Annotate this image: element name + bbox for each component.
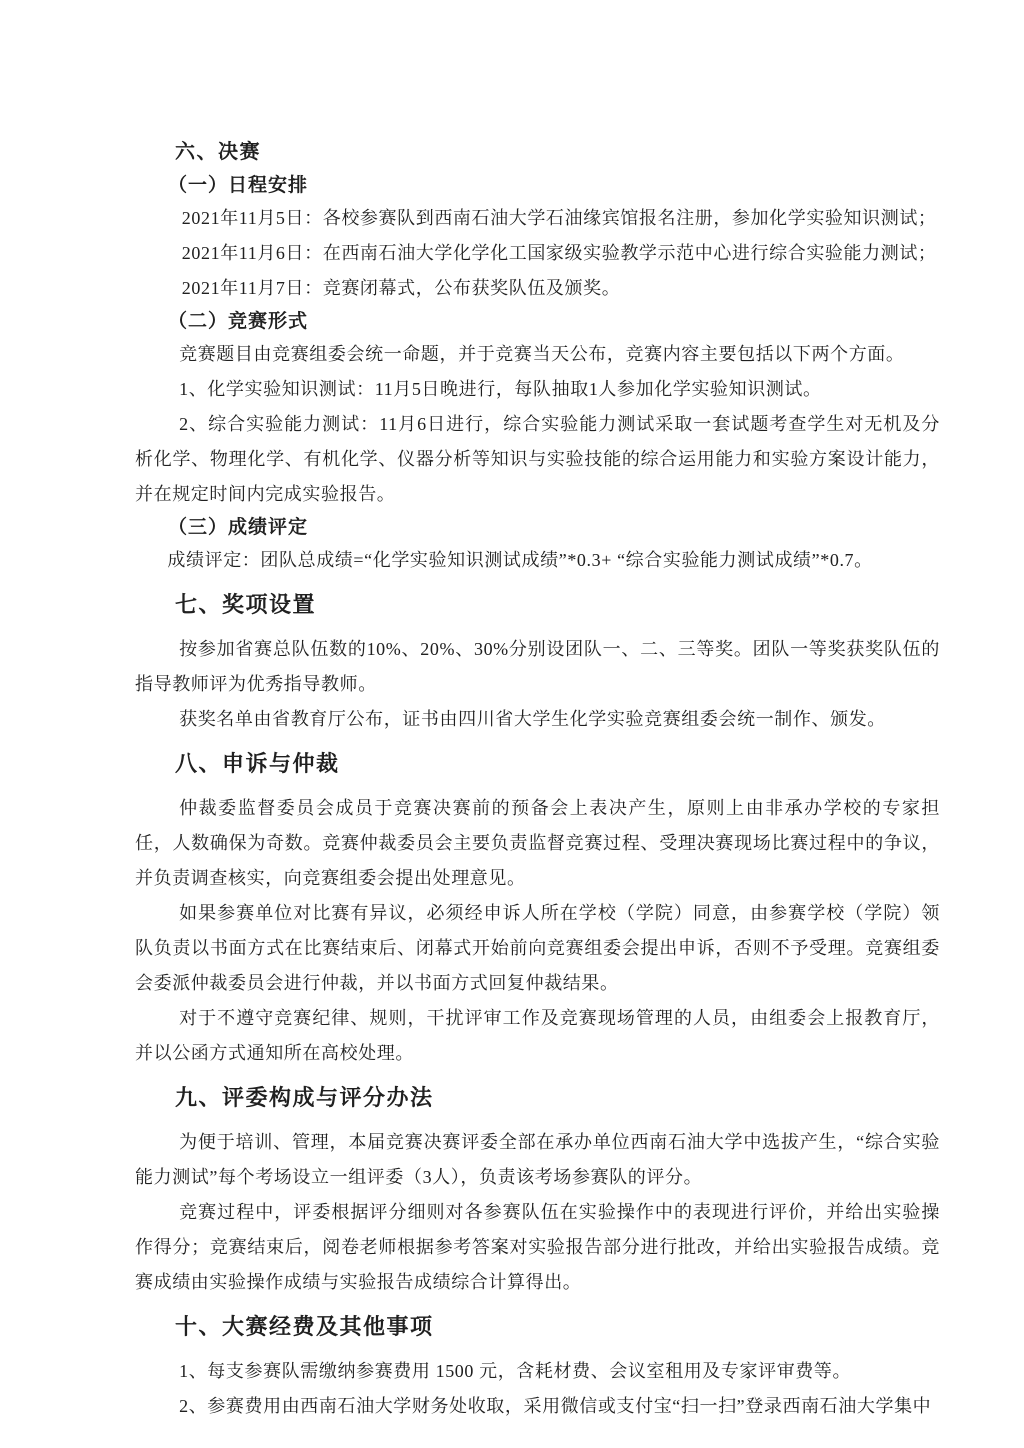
paragraph-discipline-violations: 对于不遵守竞赛纪律、规则，干扰评审工作及竞赛现场管理的人员，由组委会上报教育厅，… (135, 1001, 940, 1071)
section-heading-awards: 七、奖项设置 (175, 590, 940, 620)
section-fees-other: 十、大赛经费及其他事项 1、每支参赛队需缴纳参赛费用 1500 元，含耗材费、会… (135, 1312, 940, 1424)
section-awards: 七、奖项设置 按参加省赛总队伍数的10%、20%、30%分别设团队一、二、三等奖… (135, 590, 940, 737)
document-content: 六、决赛 （一）日程安排 2021年11月5日：各校参赛队到西南石油大学石油缘宾… (0, 0, 1024, 1424)
schedule-line-nov7: 2021年11月7日：竞赛闭幕式，公布获奖队伍及颁奖。 (135, 271, 940, 306)
section-heading-finals: 六、决赛 (175, 138, 940, 166)
section-heading-fees: 十、大赛经费及其他事项 (175, 1312, 940, 1342)
paragraph-judge-selection: 为便于培训、管理，本届竞赛决赛评委全部在承办单位西南石油大学中选拔产生，“综合实… (135, 1125, 940, 1195)
paragraph-entry-fee: 1、每支参赛队需缴纳参赛费用 1500 元，含耗材费、会议室租用及专家评审费等。 (135, 1354, 940, 1389)
paragraph-award-certificates: 获奖名单由省教育厅公布，证书由四川省大学生化学实验竞赛组委会统一制作、颁发。 (135, 702, 940, 737)
subheading-schedule: （一）日程安排 (168, 170, 940, 201)
schedule-line-nov6: 2021年11月6日：在西南石油大学化学化工国家级实验教学示范中心进行综合实验能… (135, 236, 940, 271)
paragraph-award-tiers: 按参加省赛总队伍数的10%、20%、30%分别设团队一、二、三等奖。团队一等奖获… (135, 632, 940, 702)
paragraph-appeal-procedure: 如果参赛单位对比赛有异议，必须经申诉人所在学校（学院）同意，由参赛学校（学院）领… (135, 896, 940, 1001)
paragraph-scoring-process: 竞赛过程中，评委根据评分细则对各参赛队伍在实验操作中的表现进行评价，并给出实验操… (135, 1195, 940, 1300)
document-page: 六、决赛 （一）日程安排 2021年11月5日：各校参赛队到西南石油大学石油缘宾… (0, 0, 1024, 1448)
paragraph-arbitration-committee: 仲裁委监督委员会成员于竞赛决赛前的预备会上表决产生，原则上由非承办学校的专家担任… (135, 791, 940, 896)
paragraph-ability-test: 2、综合实验能力测试：11月6日进行，综合实验能力测试采取一套试题考查学生对无机… (135, 407, 940, 512)
paragraph-payment-method: 2、参赛费用由西南石油大学财务处收取，采用微信或支付宝“扫一扫”登录西南石油大学… (135, 1389, 940, 1424)
subheading-score-evaluation: （三）成绩评定 (168, 512, 940, 543)
section-judges-scoring: 九、评委构成与评分办法 为便于培训、管理，本届竞赛决赛评委全部在承办单位西南石油… (135, 1083, 940, 1300)
paragraph-knowledge-test: 1、化学实验知识测试：11月5日晚进行，每队抽取1人参加化学实验知识测试。 (135, 372, 940, 407)
section-heading-appeals: 八、申诉与仲裁 (175, 749, 940, 779)
section-finals: 六、决赛 （一）日程安排 2021年11月5日：各校参赛队到西南石油大学石油缘宾… (135, 138, 940, 578)
section-heading-judges: 九、评委构成与评分办法 (175, 1083, 940, 1113)
subheading-competition-format: （二）竞赛形式 (168, 306, 940, 337)
schedule-line-nov5: 2021年11月5日：各校参赛队到西南石油大学石油缘宾馆报名注册，参加化学实验知… (135, 201, 940, 236)
section-appeals-arbitration: 八、申诉与仲裁 仲裁委监督委员会成员于竞赛决赛前的预备会上表决产生，原则上由非承… (135, 749, 940, 1071)
paragraph-score-formula: 成绩评定：团队总成绩=“化学实验知识测试成绩”*0.3+ “综合实验能力测试成绩… (135, 543, 940, 578)
paragraph-format-intro: 竞赛题目由竞赛组委会统一命题，并于竞赛当天公布，竞赛内容主要包括以下两个方面。 (135, 337, 940, 372)
